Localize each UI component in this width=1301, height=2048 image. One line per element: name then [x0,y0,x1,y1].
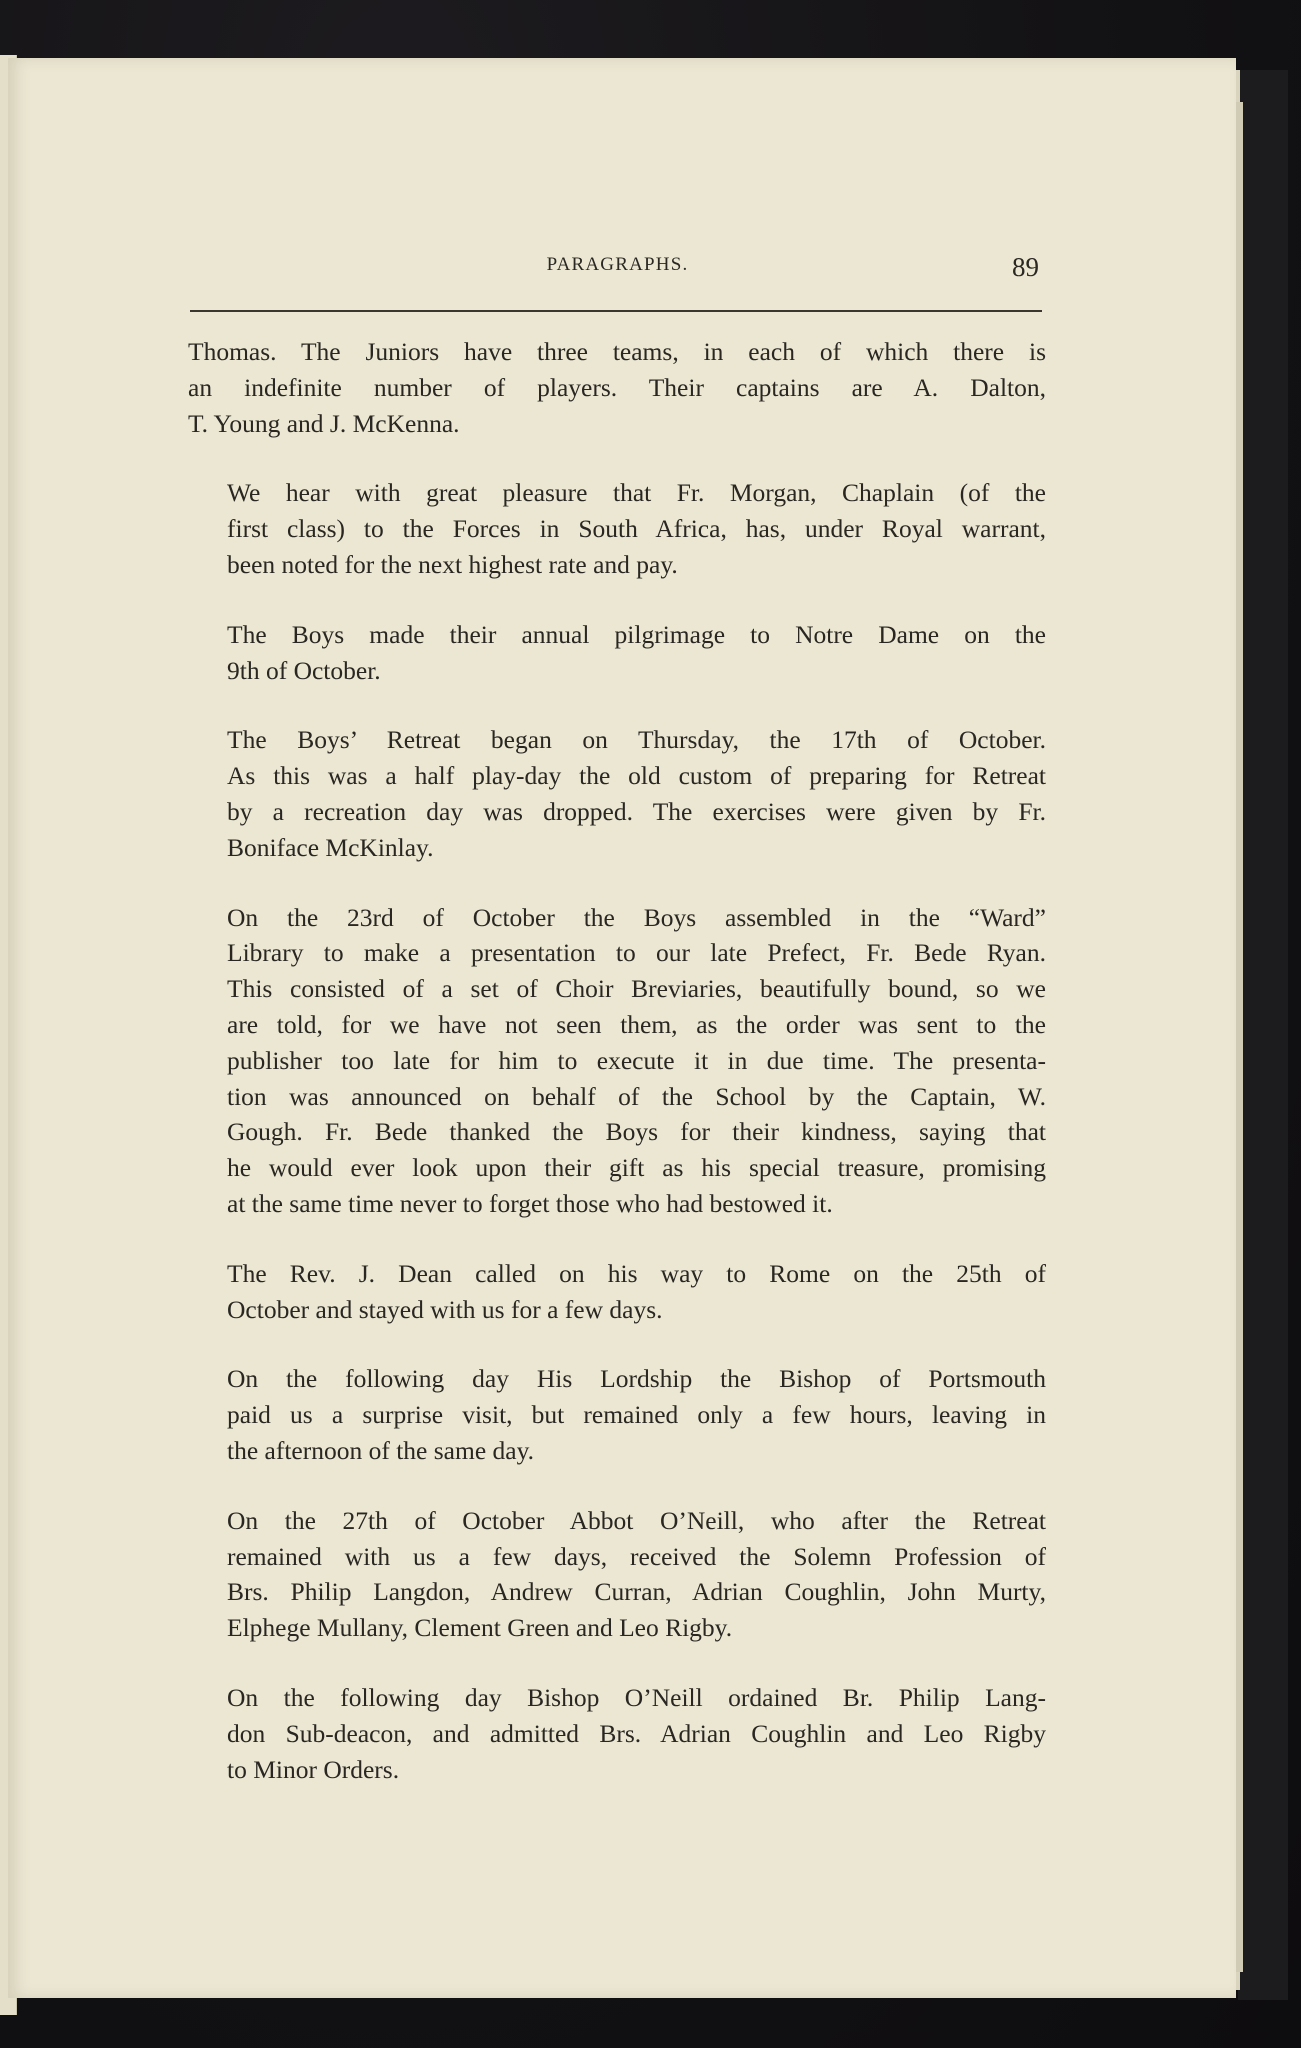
text-line: On the 27th of October Abbot O’Neill, wh… [188,1503,1046,1539]
paragraph: Thomas. The Juniors have three teams, in… [188,334,1046,441]
text-line: On the 23rd of October the Boys assemble… [188,900,1046,936]
text-line: T. Young and J. McKenna. [188,406,1046,442]
body-text: Thomas. The Juniors have three teams, in… [188,334,1046,1821]
text-line: Boniface McKinlay. [188,830,1046,866]
paragraph: The Boys’ Retreat began on Thursday, the… [188,722,1046,865]
text-line: remained with us a few days, received th… [188,1539,1046,1575]
text-line: As this was a half play-day the old cust… [188,758,1046,794]
paragraph: The Rev. J. Dean called on his way to Ro… [188,1256,1046,1328]
text-line: the afternoon of the same day. [188,1433,1046,1469]
text-line: publisher too late for him to execute it… [188,1043,1046,1079]
text-line: he would ever look upon their gift as hi… [188,1150,1046,1186]
paragraph: On the 27th of October Abbot O’Neill, wh… [188,1503,1046,1646]
page-header: PARAGRAPHS. 89 [190,252,1045,282]
text-line: October and stayed with us for a few day… [188,1292,1046,1328]
text-line: don Sub-deacon, and admitted Brs. Adrian… [188,1716,1046,1752]
text-line: by a recreation day was dropped. The exe… [188,794,1046,830]
paragraph: On the 23rd of October the Boys assemble… [188,900,1046,1222]
text-line: Library to make a presentation to our la… [188,935,1046,971]
book-cover-edge [1238,70,1288,2000]
text-line: are told, for we have not seen them, as … [188,1007,1046,1043]
paragraph: On the following day Bishop O’Neill orda… [188,1680,1046,1787]
text-line: On the following day Bishop O’Neill orda… [188,1680,1046,1716]
text-line: paid us a surprise visit, but remained o… [188,1397,1046,1433]
text-line: Elphege Mullany, Clement Green and Leo R… [188,1610,1046,1646]
paragraph: We hear with great pleasure that Fr. Mor… [188,475,1046,582]
text-line: at the same time never to forget those w… [188,1186,1046,1222]
text-line: This consisted of a set of Choir Breviar… [188,971,1046,1007]
paragraph: The Boys made their annual pilgrimage to… [188,617,1046,689]
page-number: 89 [1012,252,1039,283]
text-line: We hear with great pleasure that Fr. Mor… [188,475,1046,511]
text-line: Brs. Philip Langdon, Andrew Curran, Adri… [188,1574,1046,1610]
text-line: Thomas. The Juniors have three teams, in… [188,334,1046,370]
text-line: to Minor Orders. [188,1752,1046,1788]
text-line: been noted for the next highest rate and… [188,547,1046,583]
text-line: an indefinite number of players. Their c… [188,370,1046,406]
text-line: The Boys made their annual pilgrimage to… [188,617,1046,653]
text-line: first class) to the Forces in South Afri… [188,511,1046,547]
text-line: tion was announced on behalf of the Scho… [188,1079,1046,1115]
text-line: The Boys’ Retreat began on Thursday, the… [188,722,1046,758]
text-line: Gough. Fr. Bede thanked the Boys for the… [188,1114,1046,1150]
text-line: The Rev. J. Dean called on his way to Ro… [188,1256,1046,1292]
text-line: 9th of October. [188,653,1046,689]
text-line: On the following day His Lordship the Bi… [188,1361,1046,1397]
running-head: PARAGRAPHS. [190,254,1045,276]
paragraph: On the following day His Lordship the Bi… [188,1361,1046,1468]
header-rule [190,310,1042,312]
